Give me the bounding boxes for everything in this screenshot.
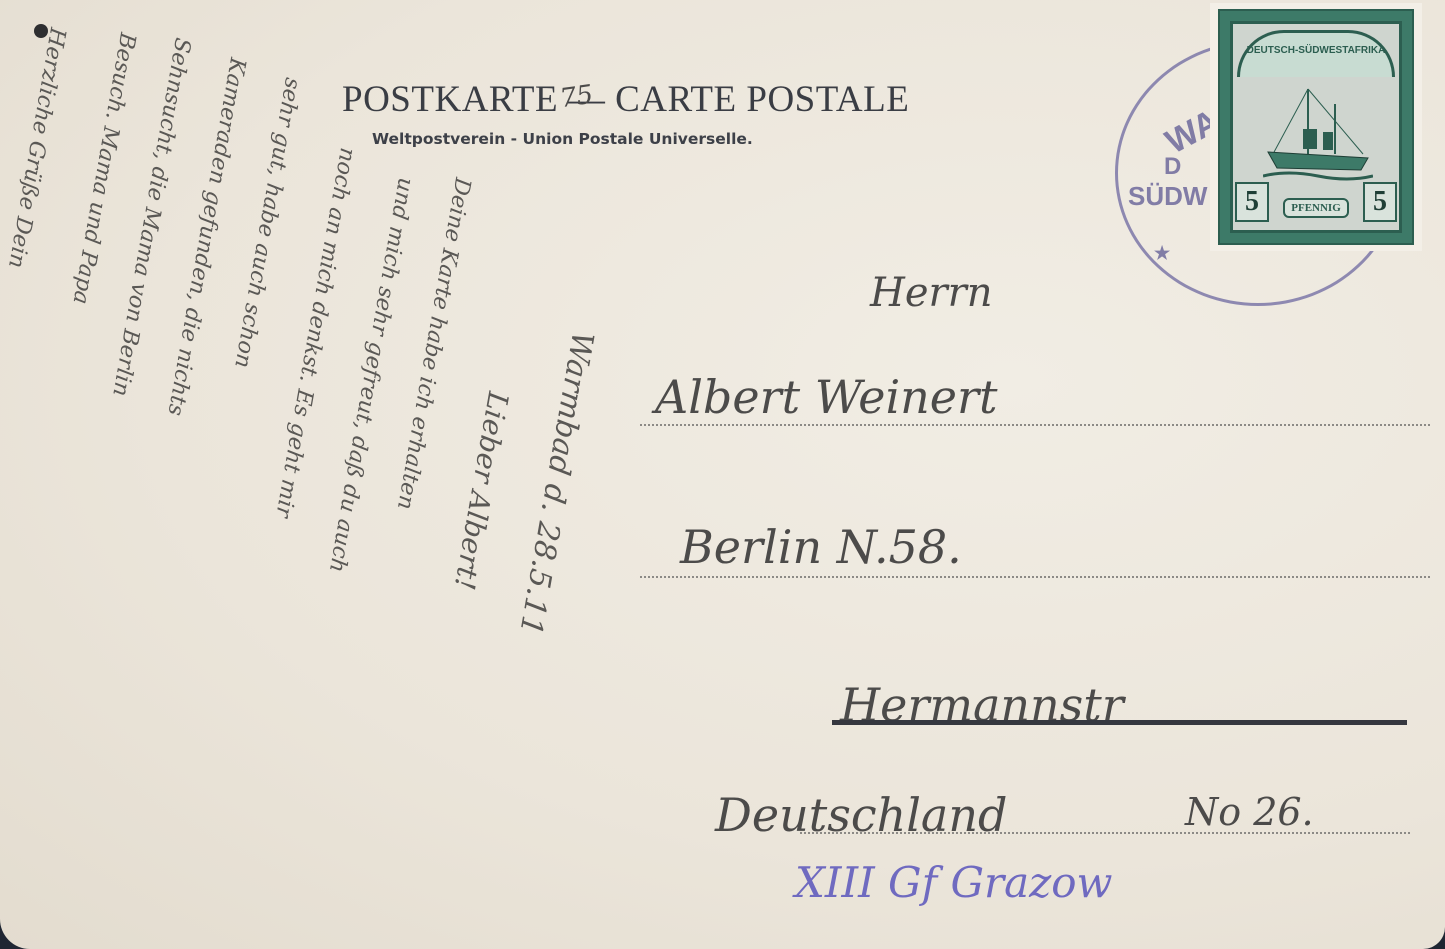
postcard: POSTKARTE — CARTE POSTALE Weltpostverein… (0, 0, 1445, 949)
message-place-date: Warmbad d. 28.5.11 (512, 329, 600, 638)
message-greeting: Lieber Albert! (448, 389, 515, 592)
address-house-number: No 26. (1185, 790, 1314, 834)
ink-blot (34, 24, 48, 38)
street-strikethrough (832, 720, 1407, 725)
pencil-annotation: 75 (558, 80, 595, 114)
postmark-line3: SÜDW (1128, 181, 1207, 212)
postcard-subtitle: Weltpostverein - Union Postale Universel… (372, 130, 753, 148)
address-salutation: Herrn (870, 270, 993, 316)
address-line-1 (640, 424, 1430, 426)
address-line-3 (800, 832, 1410, 834)
star-icon: ★ (1154, 243, 1170, 264)
address-city: Berlin N.58. (680, 520, 962, 574)
stamp-value-left: 5 (1235, 182, 1269, 222)
purple-annotation: XIII Gf Grazow (795, 858, 1113, 907)
postcard-title: POSTKARTE — CARTE POSTALE (342, 78, 909, 121)
message-line: Herzliche Grüße Dein (3, 26, 70, 270)
message-line: sehr gut, habe auch schon (229, 76, 305, 370)
stamp-value-right: 5 (1363, 182, 1397, 222)
stamp-denomination: PFENNIG (1283, 198, 1349, 218)
address-line-2 (640, 576, 1430, 578)
stamp-country: DEUTSCH-SÜDWESTAFRIKA (1240, 45, 1392, 56)
address-name: Albert Weinert (655, 370, 997, 424)
postage-stamp: DEUTSCH-SÜDWESTAFRIKA 5 PFENNIG 5 (1210, 3, 1422, 251)
postmark-line2: D (1164, 153, 1181, 181)
ship-icon (1263, 84, 1373, 184)
